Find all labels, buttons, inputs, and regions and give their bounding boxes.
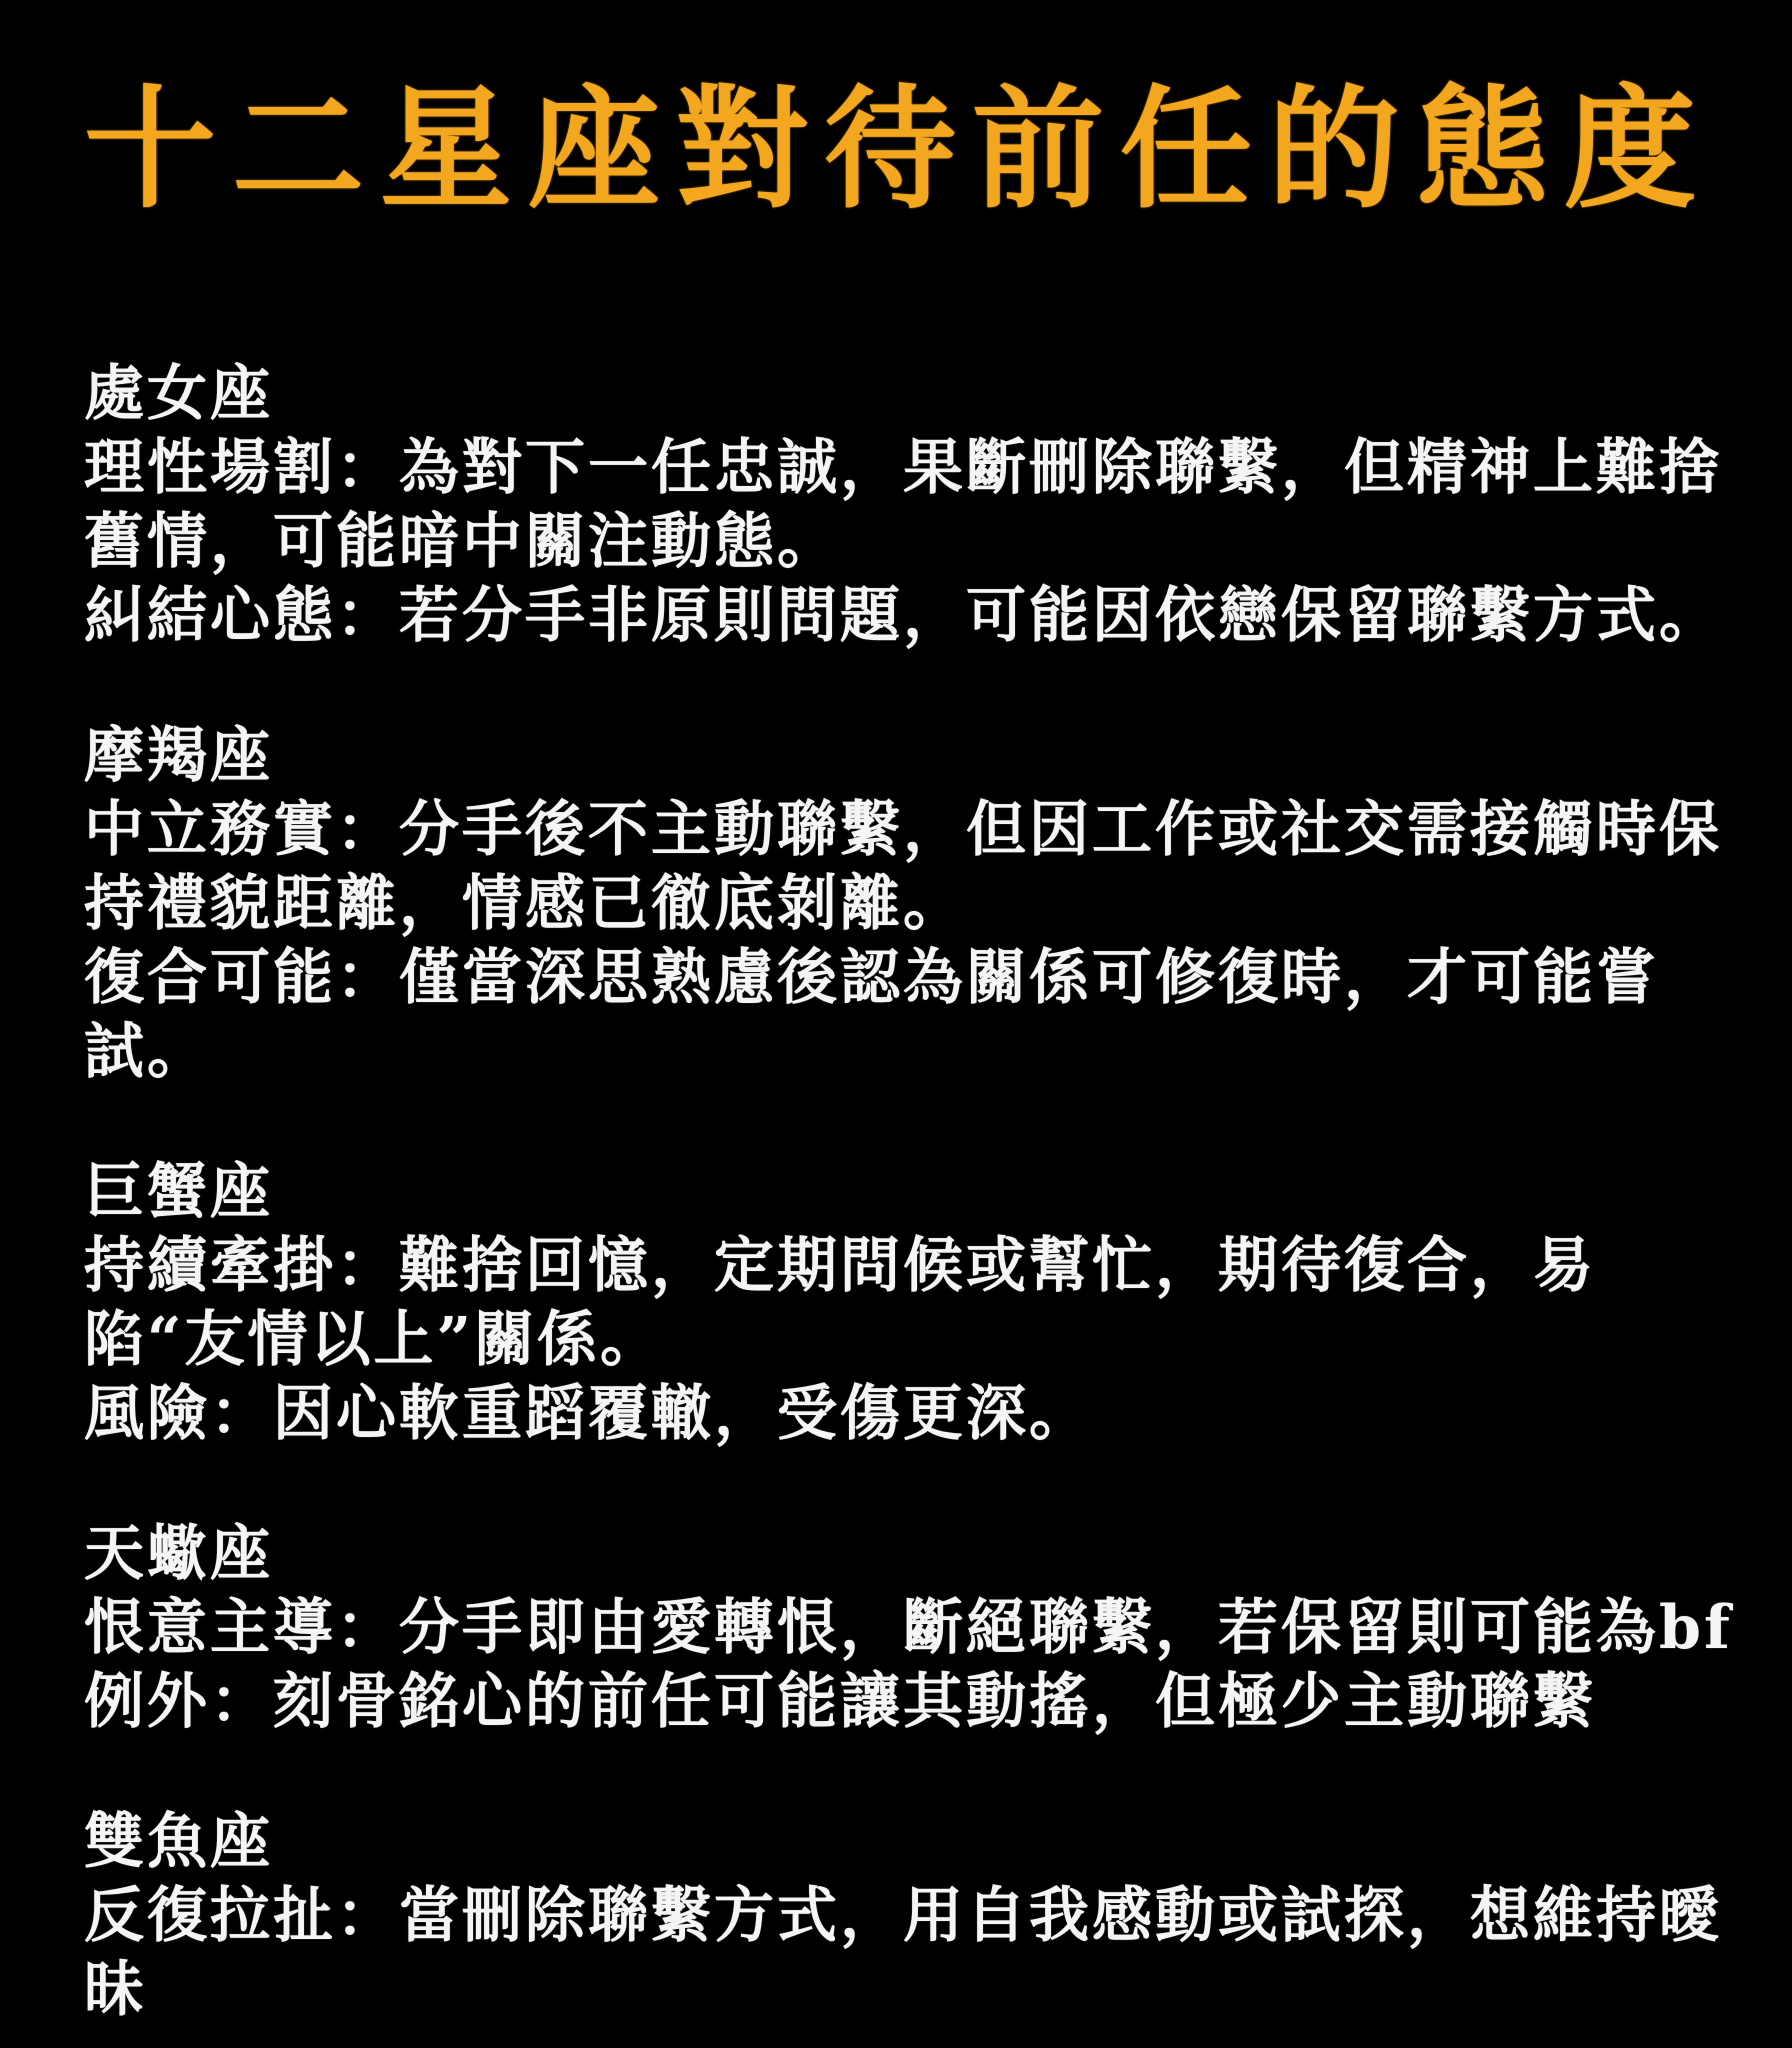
- zodiac-line: 糾結心態：若分手非原則問題，可能因依戀保留聯繫方式。: [84, 579, 1736, 653]
- zodiac-sign-name: 摩羯座: [84, 719, 1736, 793]
- zodiac-line: 中立務實：分手後不主動聯繫，但因工作或社交需接觸時保持禮貌距離，情感已徹底剝離。: [84, 793, 1736, 941]
- zodiac-line: 持續牽掛：難捨回憶，定期問候或幫忙，期待復合，易陷“友情以上”關係。: [84, 1229, 1736, 1377]
- poster-page: 十二星座對待前任的態度 處女座理性場割：為對下一任忠誠，果斷刪除聯繫，但精神上難…: [0, 0, 1792, 2048]
- zodiac-sign-name: 巨蟹座: [84, 1155, 1736, 1229]
- zodiac-section: 巨蟹座持續牽掛：難捨回憶，定期問候或幫忙，期待復合，易陷“友情以上”關係。風險：…: [84, 1155, 1736, 1451]
- zodiac-section: 天蠍座恨意主導：分手即由愛轉恨，斷絕聯繫，若保留則可能為bf例外：刻骨銘心的前任…: [84, 1517, 1736, 1739]
- zodiac-line: 恨意主導：分手即由愛轉恨，斷絕聯繫，若保留則可能為bf: [84, 1591, 1736, 1665]
- zodiac-line: 例外：刻骨銘心的前任可能讓其動搖，但極少主動聯繫: [84, 1665, 1736, 1739]
- zodiac-line: 反復拉扯：當刪除聯繫方式，用自我感動或試探，想維持曖昧: [84, 1879, 1736, 2027]
- zodiac-sign-name: 雙魚座: [84, 1805, 1736, 1879]
- zodiac-sign-name: 天蠍座: [84, 1517, 1736, 1591]
- zodiac-content: 處女座理性場割：為對下一任忠誠，果斷刪除聯繫，但精神上難捨舊情，可能暗中關注動態…: [0, 230, 1792, 2027]
- zodiac-line: 理性場割：為對下一任忠誠，果斷刪除聯繫，但精神上難捨舊情，可能暗中關注動態。: [84, 431, 1736, 579]
- zodiac-section: 處女座理性場割：為對下一任忠誠，果斷刪除聯繫，但精神上難捨舊情，可能暗中關注動態…: [84, 357, 1736, 653]
- zodiac-sign-name: 處女座: [84, 357, 1736, 431]
- page-title: 十二星座對待前任的態度: [84, 70, 1792, 230]
- zodiac-line: 復合可能：僅當深思熟慮後認為關係可修復時，才可能嘗試。: [84, 941, 1736, 1089]
- zodiac-line: 風險：因心軟重蹈覆轍，受傷更深。: [84, 1377, 1736, 1451]
- zodiac-section: 雙魚座反復拉扯：當刪除聯繫方式，用自我感動或試探，想維持曖昧: [84, 1805, 1736, 2027]
- zodiac-section: 摩羯座中立務實：分手後不主動聯繫，但因工作或社交需接觸時保持禮貌距離，情感已徹底…: [84, 719, 1736, 1089]
